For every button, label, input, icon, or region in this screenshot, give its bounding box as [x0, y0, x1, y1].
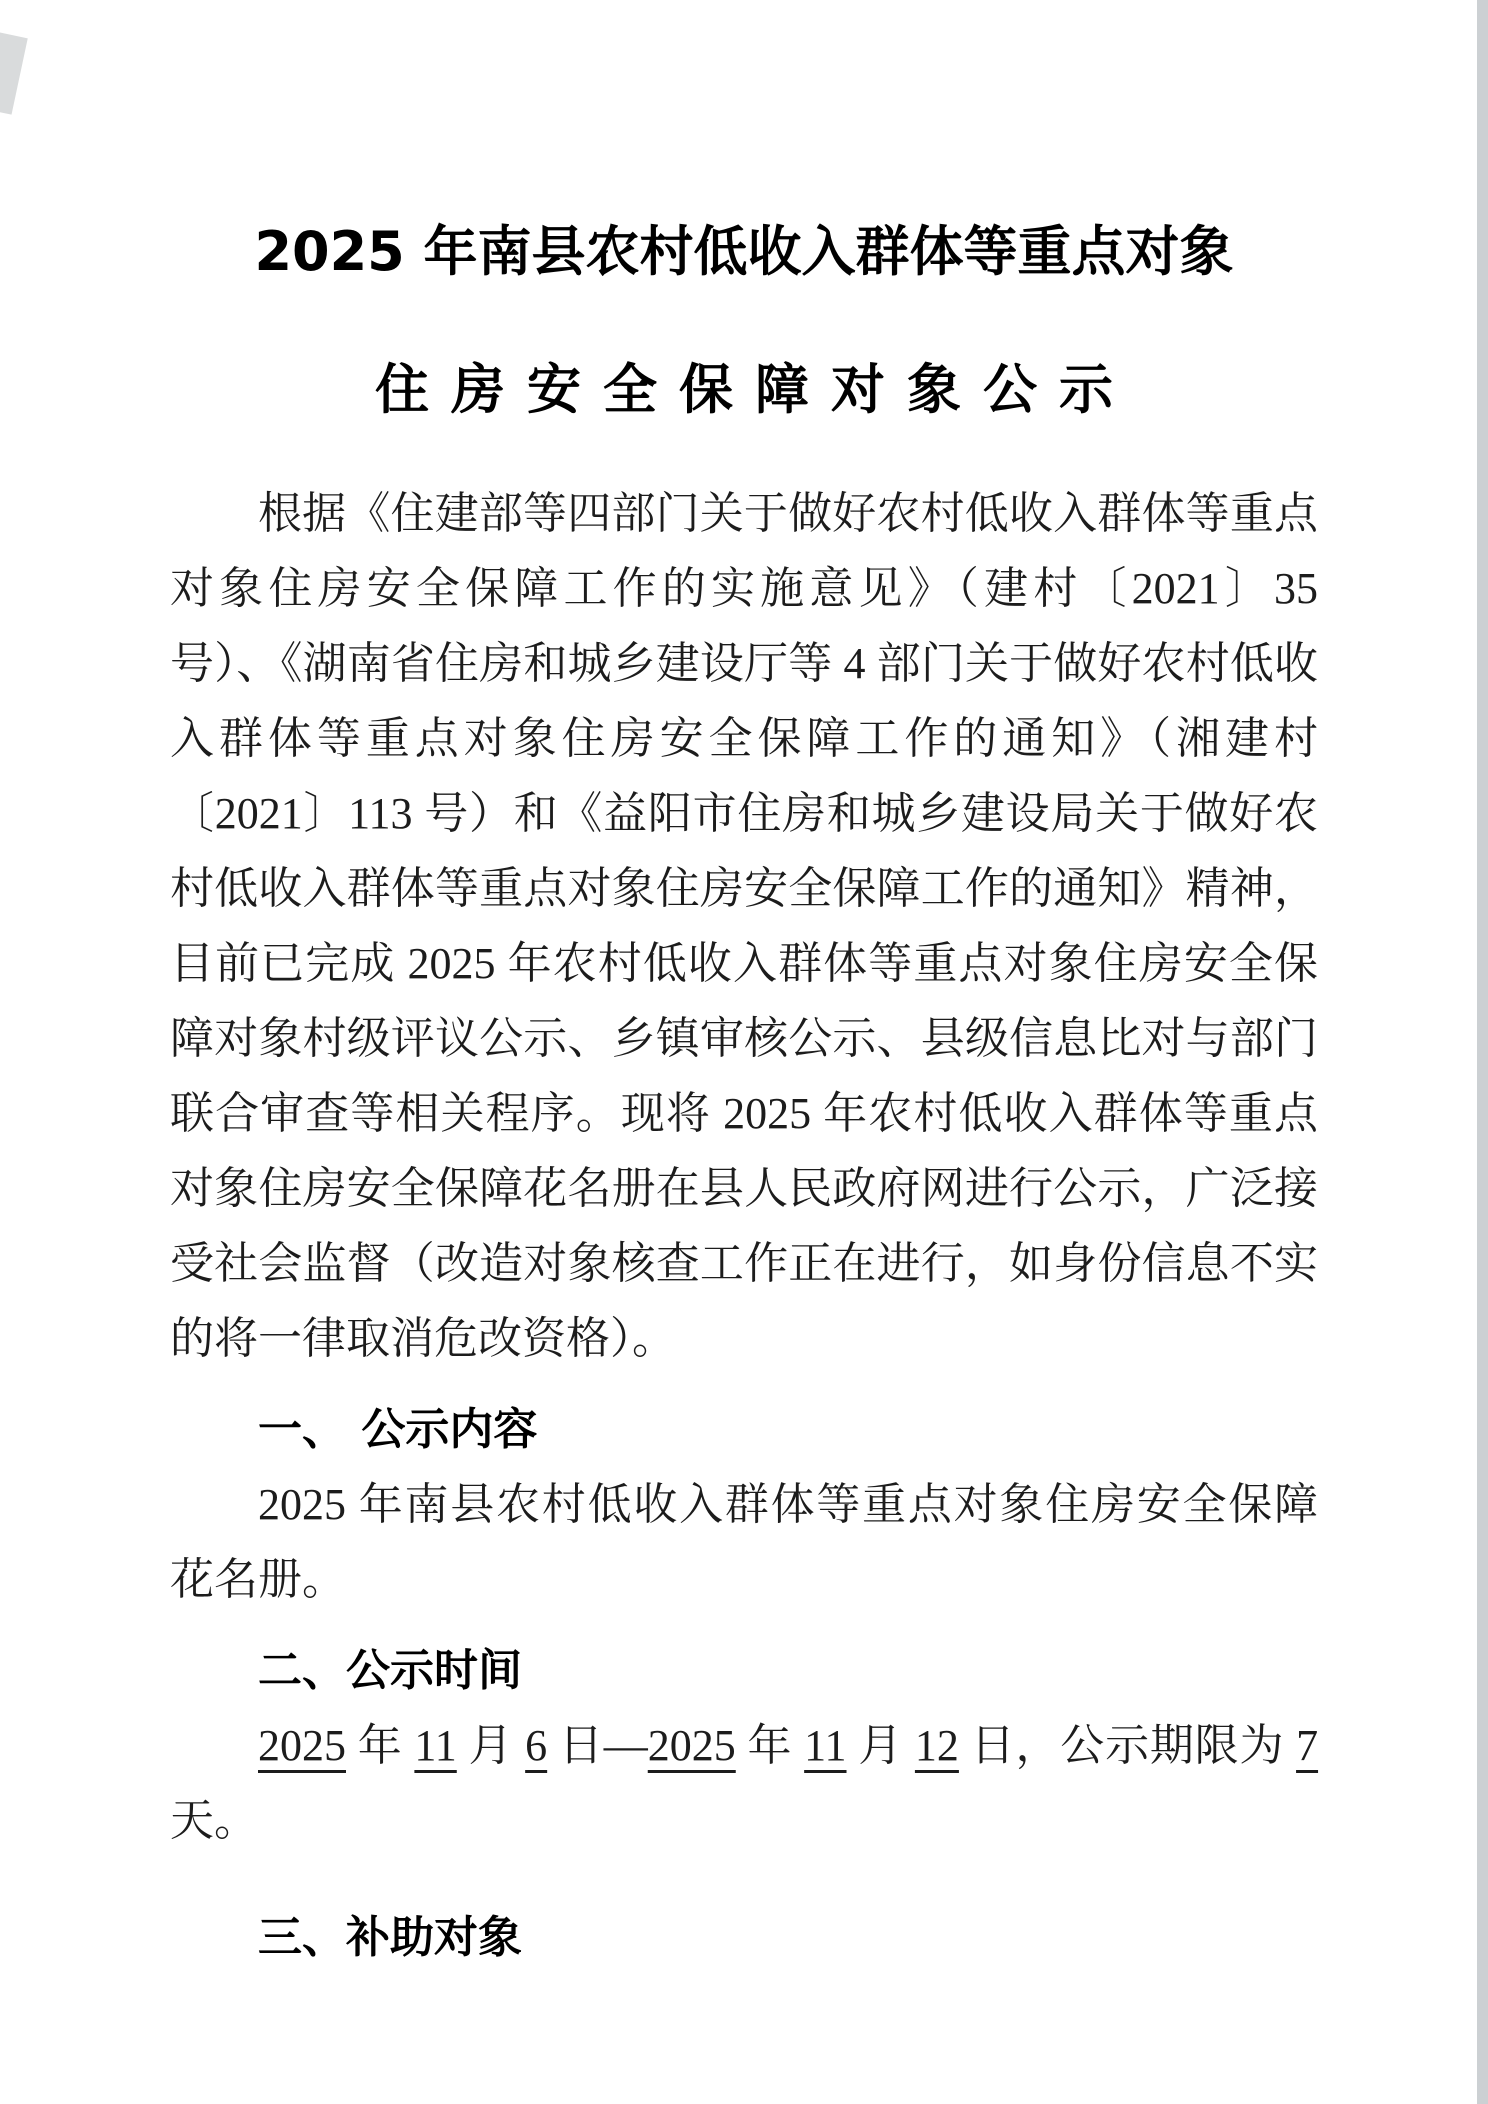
date-underline-segment: 11 [804, 1721, 846, 1770]
document-title: 2025 年南县农村低收入群体等重点对象 住房安全保障对象公示 [170, 192, 1318, 450]
document-title-line-2: 住房安全保障对象公示 [170, 330, 1318, 450]
date-text-segment: 月 [847, 1721, 915, 1770]
scan-artifact-top-left [0, 31, 28, 114]
date-text-segment: 天。 [170, 1796, 258, 1845]
document-content: 2025 年南县农村低收入群体等重点对象 住房安全保障对象公示 根据《住建部等四… [170, 0, 1318, 1975]
date-text-segment: 日，公示期限为 [959, 1721, 1296, 1770]
date-underline-segment: 12 [915, 1721, 959, 1770]
document-page: 2025 年南县农村低收入群体等重点对象 住房安全保障对象公示 根据《住建部等四… [0, 0, 1488, 2104]
document-body: 根据《住建部等四部门关于做好农村低收入群体等重点对象住房安全保障工作的实施意见》… [170, 476, 1318, 1975]
document-title-line-1: 2025 年南县农村低收入群体等重点对象 [170, 192, 1318, 312]
date-underline-segment: 6 [525, 1721, 547, 1770]
date-underline-segment: 7 [1296, 1721, 1318, 1770]
section-1-paragraph: 2025 年南县农村低收入群体等重点对象住房安全保障花名册。 [170, 1467, 1318, 1617]
date-underline-segment: 11 [414, 1721, 456, 1770]
date-text-segment: 月 [457, 1721, 525, 1770]
section-3-heading: 三、补助对象 [258, 1900, 1318, 1975]
date-underline-segment: 2025 [258, 1721, 346, 1770]
section-2-heading: 二、公示时间 [258, 1633, 1318, 1708]
date-underline-segment: 2025 [648, 1721, 736, 1770]
scan-edge-right [1477, 0, 1488, 2104]
intro-paragraph: 根据《住建部等四部门关于做好农村低收入群体等重点对象住房安全保障工作的实施意见》… [170, 476, 1318, 1376]
publicity-period-paragraph: 2025 年 11 月 6 日—2025 年 11 月 12 日，公示期限为 7… [170, 1708, 1318, 1858]
date-text-segment: 年 [346, 1721, 414, 1770]
date-text-segment: 年 [736, 1721, 804, 1770]
section-1-heading: 一、 公示内容 [258, 1392, 1318, 1467]
date-text-segment: 日— [547, 1721, 648, 1770]
